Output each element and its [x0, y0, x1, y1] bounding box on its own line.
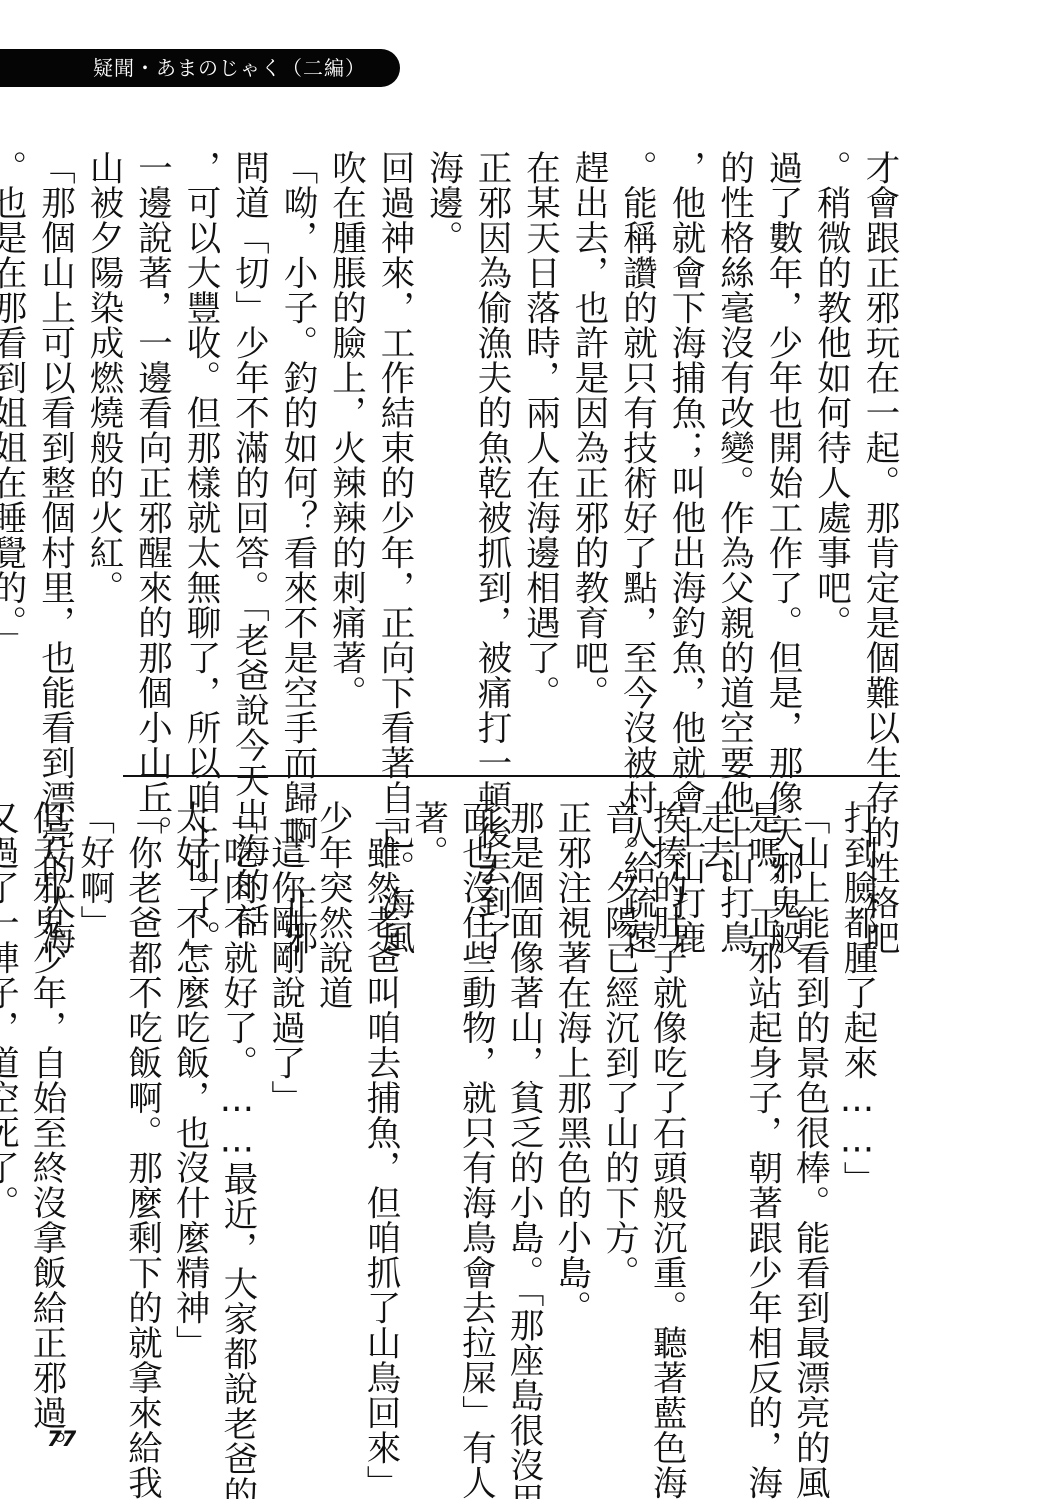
text-column: 少年突然說道 [308, 800, 356, 1420]
text-column: 的性格絲毫沒有改變。作為父親的道空要他上山打鳥 [709, 150, 758, 740]
text-column: 是嗎，正邪站起身子，朝著跟少年相反的，海的一邊 [737, 800, 785, 1420]
text-column: 問道「切」少年不滿的回答。「老爸說今天出海的話 [224, 150, 273, 740]
page-number: 77 [47, 1427, 76, 1451]
text-block-bottom: 打到臉都腫了起來……」「山上能看到的景色很棒。能看到最漂亮的風景。」是嗎，正邪站… [0, 800, 880, 1420]
text-column: 回過神來，工作結束的少年，正向下看著自己。海風 [370, 150, 419, 740]
text-column: 趕出去，也許是因為正邪的教育吧。 [564, 150, 613, 740]
text-column: 山被夕陽染成燃燒般的火紅。 [79, 150, 128, 740]
text-column: 才會跟正邪玩在一起。那肯定是個難以生存的性格吧 [855, 150, 904, 740]
text-column: 那是個面像著山，貧乏的小島。「那座島很沒用，上 [498, 800, 546, 1420]
text-column: 。稍微的教他如何待人處事吧。 [806, 150, 855, 740]
text-column: 「好啊」 [69, 800, 117, 1420]
text-column: 挨揍的肚子就像吃了石頭般沉重。聽著藍色海浪的聲 [641, 800, 689, 1420]
text-column: 又過了一陣子，道空死了。 [0, 800, 21, 1420]
text-column: 一邊說著，一邊看向正邪醒來的那個小山丘。 [127, 150, 176, 740]
text-column: 「那個山上可以看到整個村里，也能看到漂亮的大海 [30, 150, 79, 740]
text-column: ，他就會下海捕魚；叫他出海釣魚，他就會上山打鹿 [661, 150, 710, 740]
text-column: 吹在腫脹的臉上，火辣辣的刺痛著。 [321, 150, 370, 740]
text-column: 海邊。 [418, 150, 467, 740]
text-column: 。能稱讚的就只有技術好了點，至今沒被村人給疏遠 [612, 150, 661, 740]
text-column: 「呦，小子。釣的如何？看來不是空手而歸啊」正邪 [273, 150, 322, 740]
text-column: 「這你剛剛說過了」 [260, 800, 308, 1420]
text-column: 面也沒住些動物，就只有海鳥會去拉屎」有人這麼說 [451, 800, 499, 1420]
text-column: 正邪注視著在海上那黑色的小島。 [546, 800, 594, 1420]
text-column: 正邪因為偷漁夫的魚乾被抓到，被痛打一頓後丟到了 [467, 150, 516, 740]
text-column: 走去。 [689, 800, 737, 1420]
text-column: 但天邪鬼少年，自始至終沒拿飯給正邪過。 [21, 800, 69, 1420]
text-block-top: 才會跟正邪玩在一起。那肯定是個難以生存的性格吧。稍微的教他如何待人處事吧。過了數… [0, 150, 903, 740]
text-column: 著。 [403, 800, 451, 1420]
text-column: ，可以大豐收。但那樣就太無聊了，所以咱上山了。」 [176, 150, 225, 740]
running-header-title: 疑聞・あまのじゃく（二編） [93, 49, 366, 87]
text-column: 「山上能看到的景色很棒。能看到最漂亮的風景。」 [785, 800, 833, 1420]
scan-speck [47, 1226, 49, 1228]
text-column: 太好。不怎麼吃飯，也沒什麼精神」 [164, 800, 212, 1420]
text-column: 打到臉都腫了起來……」 [832, 800, 880, 1420]
text-column: 。也是在那看到姐姐在睡覺的。」 [0, 150, 30, 740]
text-column: 在某天日落時，兩人在海邊相遇了。 [515, 150, 564, 740]
section-divider [123, 775, 900, 777]
text-column: 音。夕陽已經沉到了山的下方。 [594, 800, 642, 1420]
text-column: 過了數年，少年也開始工作了。但是，那像天邪鬼般 [758, 150, 807, 740]
text-column: 「吃肉不就好了。……最近，大家都說老爸的氣色不 [212, 800, 260, 1420]
text-column: 「你老爸都不吃飯啊。那麼剩下的就拿來給我吧」 [117, 800, 165, 1420]
text-column: 「雖然老爸叫咱去捕魚，但咱抓了山鳥回來」 [355, 800, 403, 1420]
